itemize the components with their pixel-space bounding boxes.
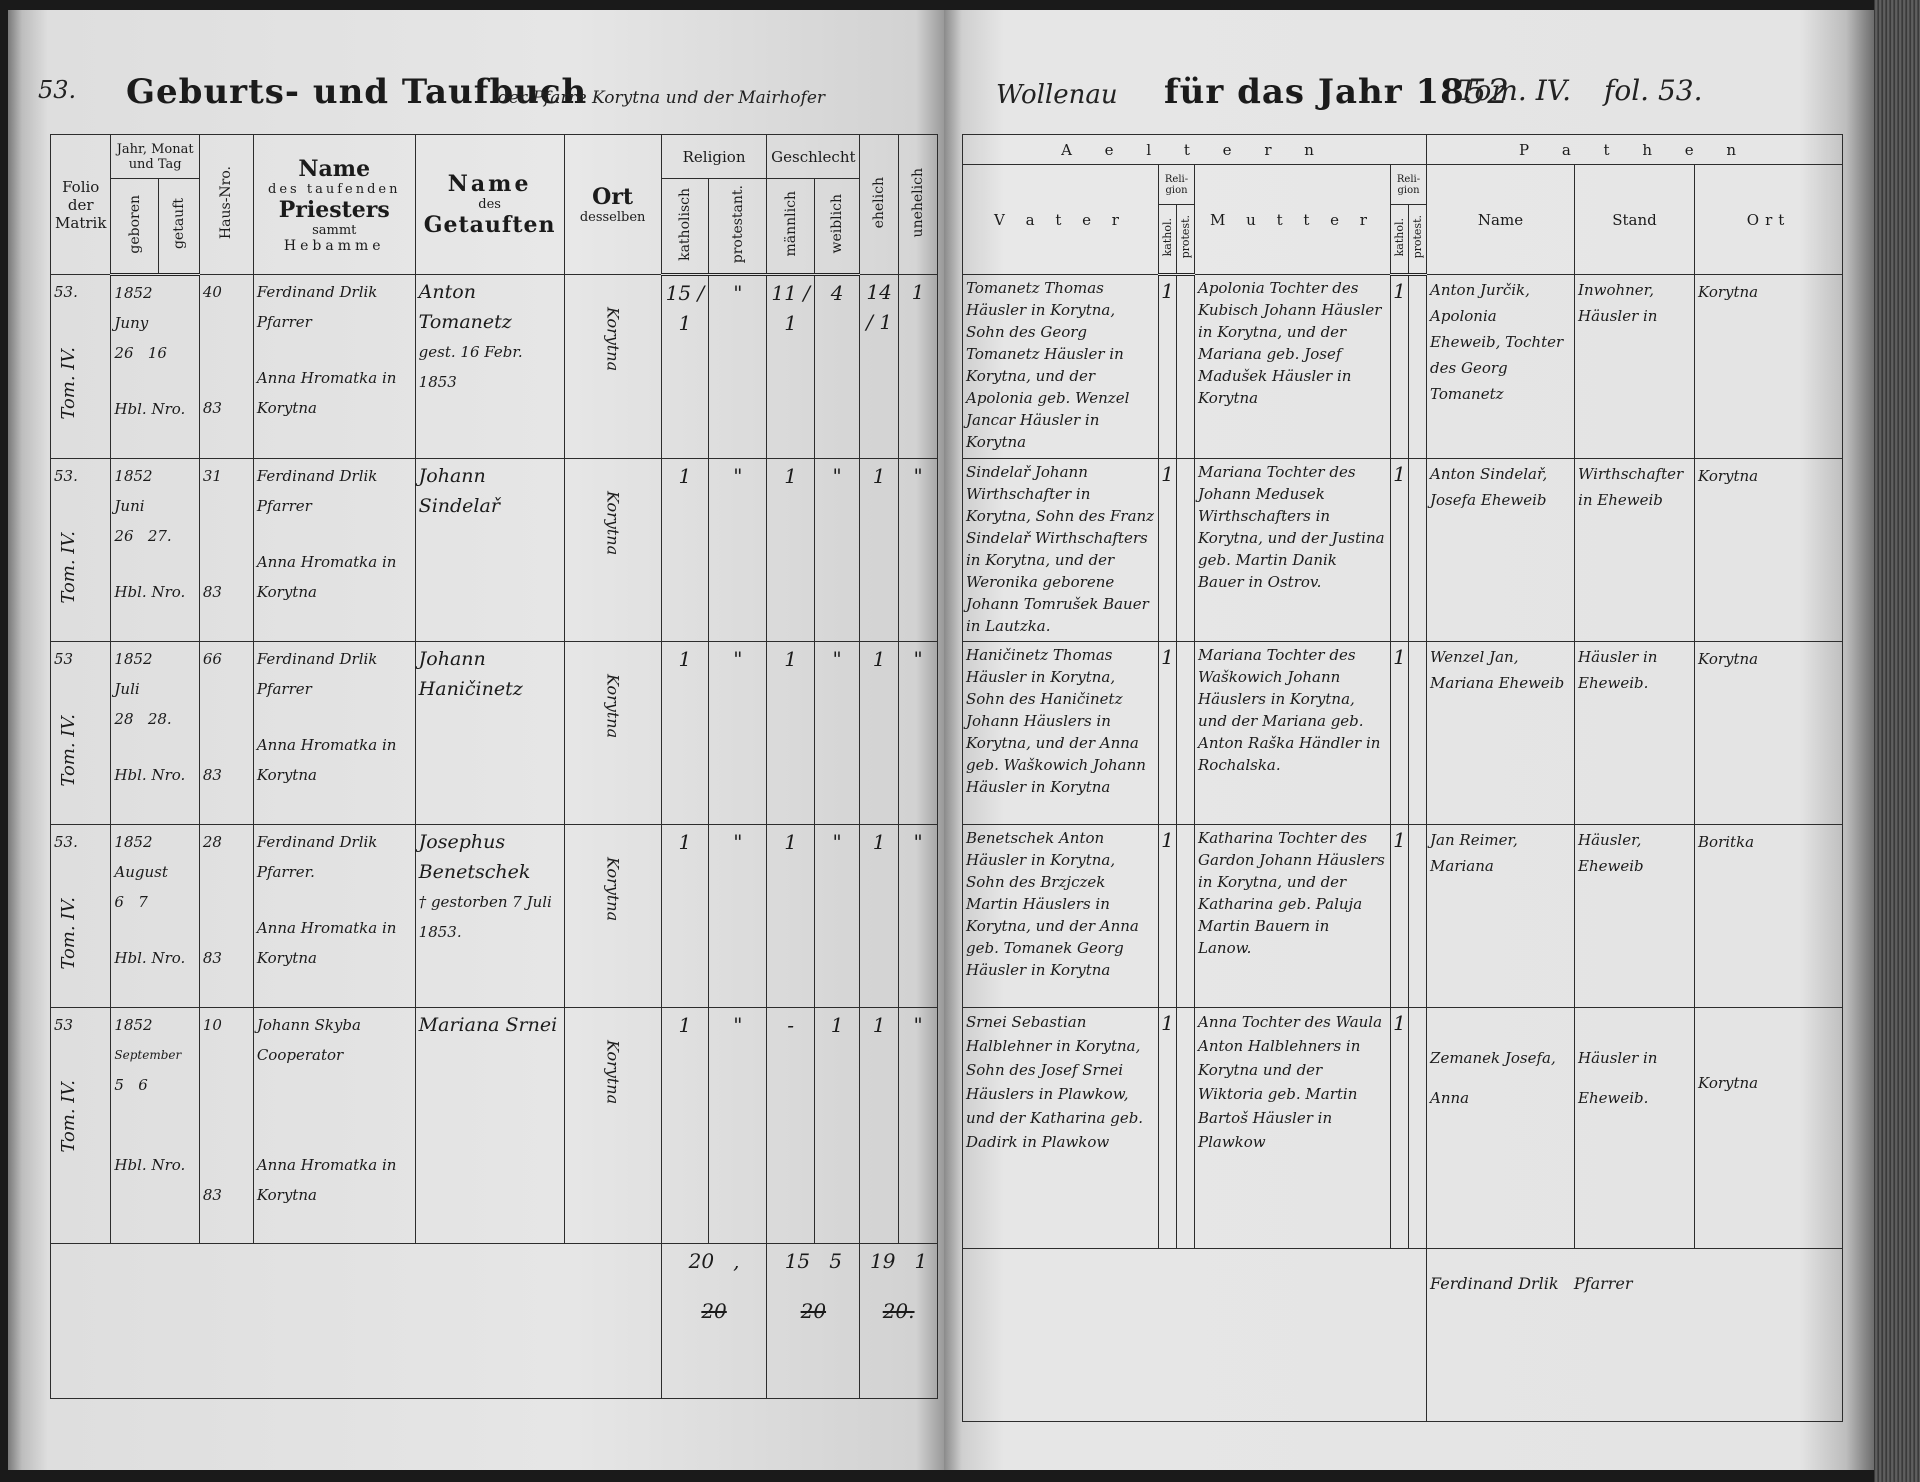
- col-godparent-stand: Stand: [1575, 165, 1695, 275]
- father-cell: Tomanetz Thomas Häusler in Korytna, Sohn…: [963, 275, 1159, 459]
- godparent-name-cell: Wenzel Jan, Mariana Eheweib: [1427, 642, 1575, 825]
- col-mother: M u t t e r: [1195, 165, 1391, 275]
- male-cell: 1: [767, 642, 814, 825]
- folio-cell: 53.Tom. IV.: [51, 825, 111, 1008]
- table-row: 53Tom. IV. 1852September5 6Hbl. Nro. 108…: [51, 1008, 938, 1244]
- catholic-cell: 1: [661, 642, 708, 825]
- house-cell: 6683: [199, 642, 253, 825]
- col-father-religion: Reli- gion: [1159, 165, 1195, 205]
- col-parents-group: A e l t e r n: [963, 135, 1427, 165]
- legit-cell: 1: [860, 1008, 899, 1244]
- table-row: 53.Tom. IV. 1852Juni26 27.Hbl. Nro. 3183…: [51, 459, 938, 642]
- tom-label: Tom. IV.: [1458, 74, 1571, 107]
- male-cell: 1: [767, 825, 814, 1008]
- legit-cell: 1: [860, 642, 899, 825]
- godparent-name-cell: Jan Reimer, Mariana: [1427, 825, 1575, 1008]
- col-born: geboren: [111, 179, 158, 275]
- right-page: Wollenau für das Jahr 1852 Tom. IV. fol.…: [944, 10, 1874, 1470]
- table-row: 53.Tom. IV. 1852August6 7Hbl. Nro. 2883 …: [51, 825, 938, 1008]
- place-name: Wollenau: [996, 80, 1118, 110]
- godparent-stand-cell: Wirthschafter in Eheweib: [1575, 459, 1695, 642]
- father-rel-kathol: 1: [1159, 642, 1177, 825]
- male-cell: 1: [767, 459, 814, 642]
- place-cell: Korytna: [564, 1008, 661, 1244]
- godparent-stand-cell: Häusler in Eheweib.: [1575, 642, 1695, 825]
- legit-cell: 1: [860, 459, 899, 642]
- godparent-ort-cell: Boritka: [1695, 825, 1843, 1008]
- table-row: 53Tom. IV. 1852Juli28 28.Hbl. Nro. 6683 …: [51, 642, 938, 825]
- mother-rel-kathol: 1: [1391, 825, 1409, 1008]
- col-protestant: protestant.: [709, 179, 767, 275]
- father-cell: Srnei Sebastian Halblehner in Korytna, S…: [963, 1008, 1159, 1249]
- child-cell: Johann Haničinetz: [415, 642, 564, 825]
- parish-name: der Pfarre Korytna und der Mairhofer: [498, 88, 825, 108]
- father-cell: Haničinetz Thomas Häusler in Korytna, So…: [963, 642, 1159, 825]
- table-row: Tomanetz Thomas Häusler in Korytna, Sohn…: [963, 275, 1843, 459]
- protestant-cell: ": [709, 825, 767, 1008]
- illegit-cell: ": [899, 825, 938, 1008]
- child-cell: Johann Sindelař: [415, 459, 564, 642]
- col-godparents-group: P a t h e n: [1427, 135, 1843, 165]
- col-godparent-ort: Ort: [1695, 165, 1843, 275]
- left-page: 53. Geburts- und Taufbuch der Pfarre Kor…: [8, 10, 944, 1470]
- godparent-ort-cell: Korytna: [1695, 275, 1843, 459]
- col-godparent-name: Name: [1427, 165, 1575, 275]
- house-cell: 2883: [199, 825, 253, 1008]
- col-female: weiblich: [814, 179, 859, 275]
- col-date-group: Jahr, Monat und Tag: [111, 135, 199, 179]
- godparent-stand-cell: Häusler, Eheweib: [1575, 825, 1695, 1008]
- house-cell: 1083: [199, 1008, 253, 1244]
- catholic-cell: 1: [661, 459, 708, 642]
- folio-cell: 53Tom. IV.: [51, 1008, 111, 1244]
- father-rel-kathol: 1: [1159, 1008, 1177, 1249]
- catholic-cell: 15 / 1: [661, 275, 708, 459]
- legit-cell: 1: [860, 825, 899, 1008]
- table-row: Sindelař Johann Wirthschafter in Korytna…: [963, 459, 1843, 642]
- mother-rel-kathol: 1: [1391, 275, 1409, 459]
- date-cell: 1852Juny26 16Hbl. Nro.: [111, 275, 199, 459]
- col-baptized: getauft: [158, 179, 199, 275]
- col-religion-group: Religion: [661, 135, 767, 179]
- table-row: 53.Tom. IV. 1852Juny26 16Hbl. Nro. 4083 …: [51, 275, 938, 459]
- year-title: für das Jahr 18: [1164, 72, 1465, 112]
- male-cell: 11 / 1: [767, 275, 814, 459]
- mother-cell: Anna Tochter des Waula Anton Halblehners…: [1195, 1008, 1391, 1249]
- father-rel-kathol: 1: [1159, 825, 1177, 1008]
- folio-cell: 53Tom. IV.: [51, 642, 111, 825]
- catholic-cell: 1: [661, 1008, 708, 1244]
- catholic-cell: 1: [661, 825, 708, 1008]
- folio-label: fol. 53.: [1604, 74, 1703, 107]
- mother-cell: Apolonia Tochter des Kubisch Johann Häus…: [1195, 275, 1391, 459]
- illegit-cell: 1: [899, 275, 938, 459]
- child-cell: Anton Tomanetzgest. 16 Febr. 1853: [415, 275, 564, 459]
- left-folio-number: 53.: [38, 76, 76, 104]
- illegit-cell: ": [899, 1008, 938, 1244]
- mother-rel-kathol: 1: [1391, 642, 1409, 825]
- mother-cell: Mariana Tochter des Waškowich Johann Häu…: [1195, 642, 1391, 825]
- legit-cell: 14 / 1: [860, 275, 899, 459]
- godparent-name-cell: Anton Sindelař, Josefa Eheweib: [1427, 459, 1575, 642]
- folio-cell: 53.Tom. IV.: [51, 459, 111, 642]
- col-folio: Folio der Matrik: [51, 135, 111, 275]
- col-sex-group: Geschlecht: [767, 135, 860, 179]
- priest-cell: Ferdinand DrlikPfarrer.Anna Hromatka in …: [253, 825, 415, 1008]
- col-priest: Name des taufenden Priesters sammt Hebam…: [253, 135, 415, 275]
- protestant-cell: ": [709, 1008, 767, 1244]
- col-child-name: Name des Getauften: [415, 135, 564, 275]
- protestant-cell: ": [709, 642, 767, 825]
- priest-cell: Ferdinand DrlikPfarrerAnna Hromatka in K…: [253, 275, 415, 459]
- godparent-stand-cell: Häusler in Eheweib.: [1575, 1008, 1695, 1249]
- col-illegitimate: unehelich: [899, 135, 938, 275]
- total-sex: 15 520: [767, 1244, 860, 1399]
- child-cell: Mariana Srnei: [415, 1008, 564, 1244]
- totals-row: 20 ,20 15 520 19 120.: [51, 1244, 938, 1399]
- child-cell: Josephus Benetschek† gestorben 7 Juli 18…: [415, 825, 564, 1008]
- signature-row: Ferdinand Drlik Pfarrer: [963, 1249, 1843, 1422]
- father-rel-kathol: 1: [1159, 275, 1177, 459]
- col-father-protest: protest.: [1177, 205, 1195, 275]
- folio-cell: 53.Tom. IV.: [51, 275, 111, 459]
- mother-cell: Katharina Tochter des Gardon Johann Häus…: [1195, 825, 1391, 1008]
- place-cell: Korytna: [564, 642, 661, 825]
- protestant-cell: ": [709, 459, 767, 642]
- priest-cell: Ferdinand DrlikPfarrerAnna Hromatka in K…: [253, 642, 415, 825]
- mother-rel-kathol: 1: [1391, 1008, 1409, 1249]
- illegit-cell: ": [899, 459, 938, 642]
- date-cell: 1852Juni26 27.Hbl. Nro.: [111, 459, 199, 642]
- total-religion: 20 ,20: [661, 1244, 767, 1399]
- female-cell: ": [814, 825, 859, 1008]
- godparent-ort-cell: Korytna: [1695, 642, 1843, 825]
- table-row: Srnei Sebastian Halblehner in Korytna, S…: [963, 1008, 1843, 1249]
- priest-cell: Johann SkybaCooperatorAnna Hromatka in K…: [253, 1008, 415, 1244]
- godparent-ort-cell: Korytna: [1695, 459, 1843, 642]
- female-cell: 4: [814, 275, 859, 459]
- female-cell: 1: [814, 1008, 859, 1244]
- table-row: Benetschek Anton Häusler in Korytna, Soh…: [963, 825, 1843, 1008]
- date-cell: 1852September5 6Hbl. Nro.: [111, 1008, 199, 1244]
- father-cell: Sindelař Johann Wirthschafter in Korytna…: [963, 459, 1159, 642]
- house-cell: 3183: [199, 459, 253, 642]
- house-cell: 4083: [199, 275, 253, 459]
- register-table-right: A e l t e r n P a t h e n V a t e r Reli…: [962, 134, 1843, 1422]
- female-cell: ": [814, 459, 859, 642]
- col-mother-protest: protest.: [1409, 205, 1427, 275]
- total-legitimacy: 19 120.: [860, 1244, 938, 1399]
- female-cell: ": [814, 642, 859, 825]
- date-cell: 1852August6 7Hbl. Nro.: [111, 825, 199, 1008]
- place-cell: Korytna: [564, 459, 661, 642]
- col-father: V a t e r: [963, 165, 1159, 275]
- place-cell: Korytna: [564, 275, 661, 459]
- godparent-ort-cell: Korytna: [1695, 1008, 1843, 1249]
- col-male: männlich: [767, 179, 814, 275]
- col-house-no: Haus-Nro.: [199, 135, 253, 275]
- table-row: Haničinetz Thomas Häusler in Korytna, So…: [963, 642, 1843, 825]
- male-cell: -: [767, 1008, 814, 1244]
- col-legitimate: ehelich: [860, 135, 899, 275]
- date-cell: 1852Juli28 28.Hbl. Nro.: [111, 642, 199, 825]
- godparent-name-cell: Anton Jurčik, Apolonia Eheweib, Tochter …: [1427, 275, 1575, 459]
- book-page-edges: [1874, 0, 1920, 1482]
- col-mother-religion: Reli- gion: [1391, 165, 1427, 205]
- mother-rel-kathol: 1: [1391, 459, 1409, 642]
- godparent-stand-cell: Inwohner, Häusler in: [1575, 275, 1695, 459]
- col-father-kathol: kathol.: [1159, 205, 1177, 275]
- protestant-cell: ": [709, 275, 767, 459]
- godparent-name-cell: Zemanek Josefa, Anna: [1427, 1008, 1575, 1249]
- col-place: Ort desselben: [564, 135, 661, 275]
- place-cell: Korytna: [564, 825, 661, 1008]
- col-mother-kathol: kathol.: [1391, 205, 1409, 275]
- illegit-cell: ": [899, 642, 938, 825]
- priest-cell: Ferdinand DrlikPfarrerAnna Hromatka in K…: [253, 459, 415, 642]
- father-rel-kathol: 1: [1159, 459, 1177, 642]
- father-cell: Benetschek Anton Häusler in Korytna, Soh…: [963, 825, 1159, 1008]
- col-catholic: katholisch: [661, 179, 708, 275]
- priest-signature: Ferdinand Drlik Pfarrer: [1427, 1249, 1843, 1422]
- mother-cell: Mariana Tochter des Johann Medusek Wirth…: [1195, 459, 1391, 642]
- register-table-left: Folio der Matrik Jahr, Monat und Tag Hau…: [50, 134, 938, 1399]
